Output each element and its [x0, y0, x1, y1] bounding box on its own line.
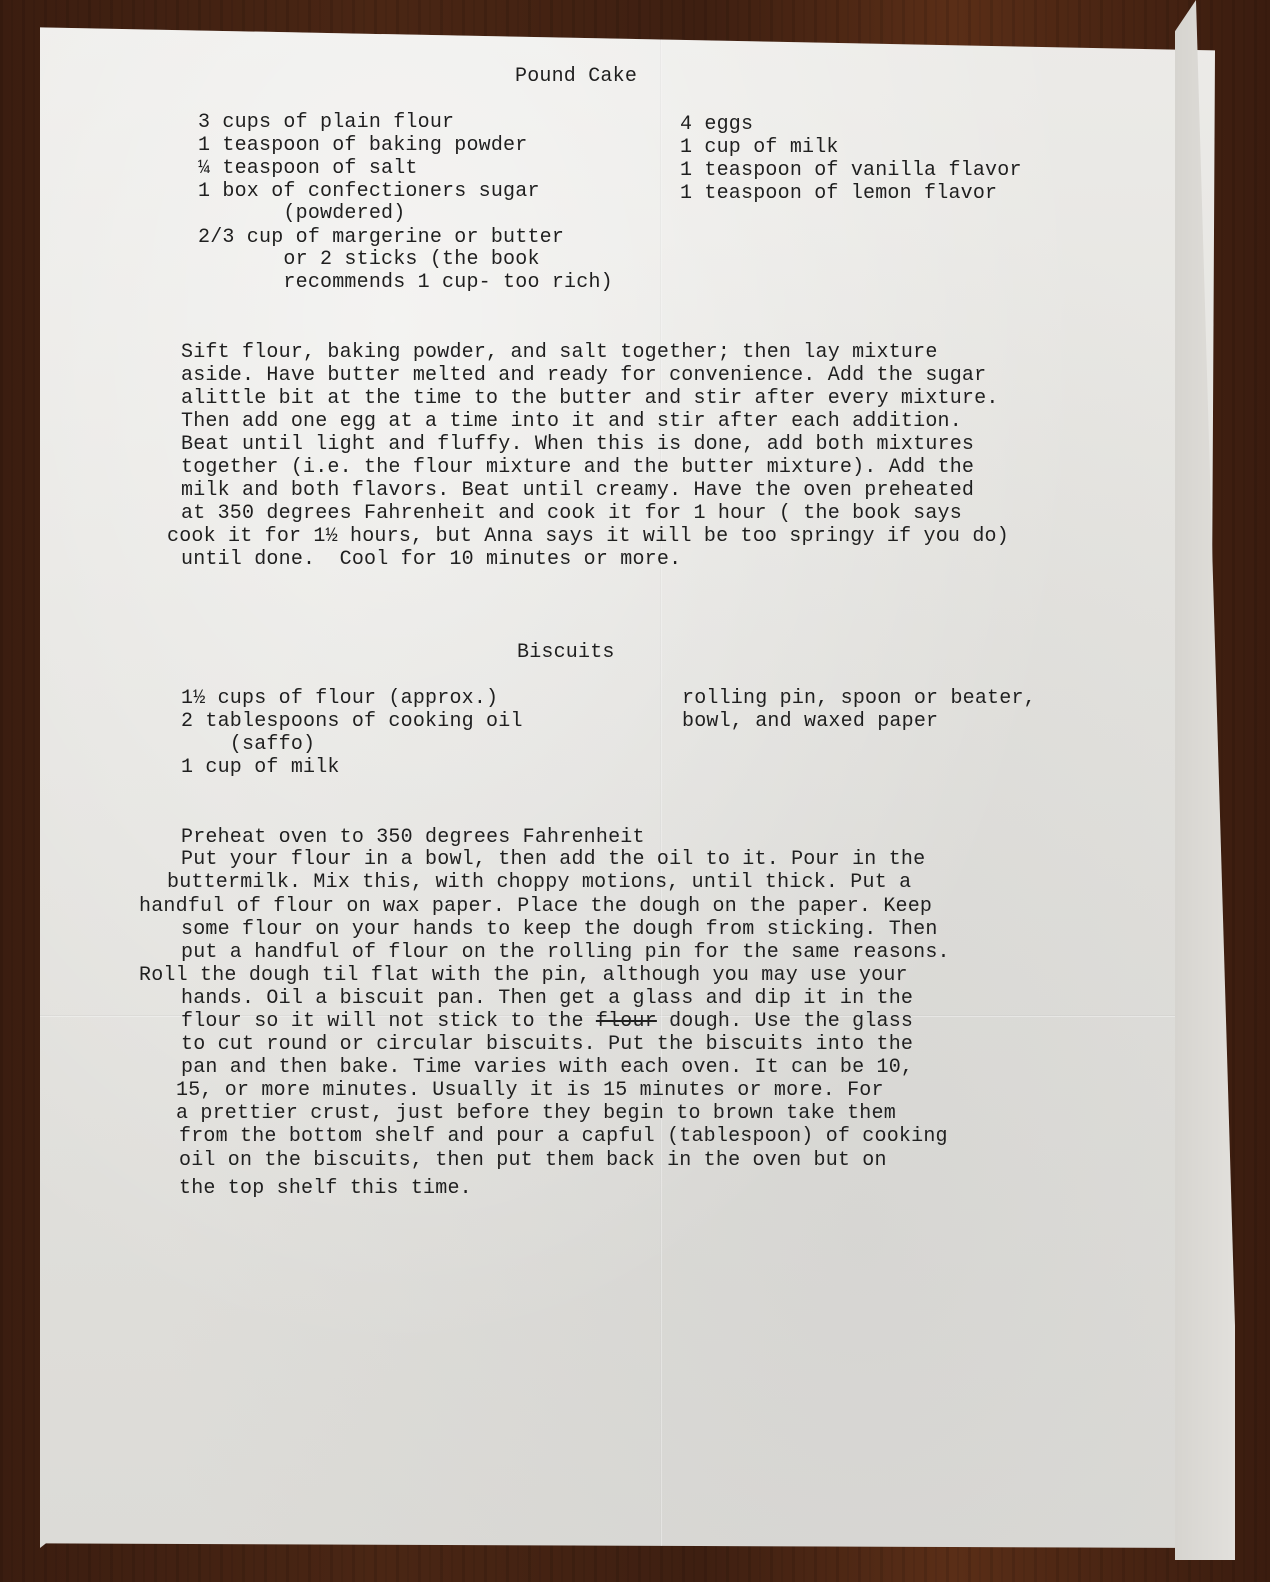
pound-cake-title: Pound Cake — [515, 66, 637, 89]
direction-line: together (i.e. the flour mixture and the… — [181, 457, 974, 480]
ingredient-line: ¼ teaspoon of salt — [198, 158, 418, 181]
struck-out-word: flour — [596, 1010, 657, 1033]
direction-line: to cut round or circular biscuits. Put t… — [181, 1034, 913, 1057]
direction-line: a prettier crust, just before they begin… — [176, 1103, 896, 1126]
ingredient-line: 1 teaspoon of vanilla flavor — [680, 160, 1022, 183]
ingredient-line: 1 box of confectioners sugar — [198, 181, 540, 204]
ingredient-line: or 2 sticks (the book — [198, 249, 540, 272]
direction-text: dough. Use the glass — [657, 1010, 913, 1033]
equipment-line: rolling pin, spoon or beater, — [682, 688, 1036, 711]
biscuits-title: Biscuits — [517, 642, 615, 665]
direction-line: until done. Cool for 10 minutes or more. — [181, 549, 681, 572]
direction-line: hands. Oil a biscuit pan. Then get a gla… — [181, 988, 913, 1011]
direction-line: 15, or more minutes. Usually it is 15 mi… — [176, 1080, 884, 1103]
ingredient-line: 3 cups of plain flour — [198, 112, 454, 135]
ingredient-line: 2 tablespoons of cooking oil — [181, 711, 523, 734]
equipment-line: bowl, and waxed paper — [682, 711, 938, 734]
direction-line: aside. Have butter melted and ready for … — [181, 365, 986, 388]
direction-line: Preheat oven to 350 degrees Fahrenheit — [181, 827, 645, 850]
direction-line-with-strikeout: flour so it will not stick to the flour … — [181, 1011, 913, 1034]
direction-line: from the bottom shelf and pour a capful … — [179, 1126, 948, 1149]
direction-line: handful of flour on wax paper. Place the… — [139, 896, 932, 919]
direction-line: put a handful of flour on the rolling pi… — [181, 942, 950, 965]
ingredient-line: (powdered) — [198, 203, 405, 226]
direction-line: milk and both flavors. Beat until creamy… — [181, 480, 974, 503]
ingredient-line: 1 teaspoon of lemon flavor — [680, 183, 997, 206]
ingredient-line: (saffo) — [181, 734, 315, 757]
direction-line: some flour on your hands to keep the dou… — [181, 919, 938, 942]
direction-line: oil on the biscuits, then put them back … — [179, 1150, 887, 1173]
direction-line: alittle bit at the time to the butter an… — [181, 388, 999, 411]
direction-text: flour so it will not stick to the — [181, 1010, 596, 1033]
ingredient-line: 1 cup of milk — [181, 757, 340, 780]
direction-line: Sift flour, baking powder, and salt toge… — [181, 342, 938, 365]
direction-line: Put your flour in a bowl, then add the o… — [181, 849, 925, 872]
ingredient-line: 1 cup of milk — [680, 137, 839, 160]
ingredient-line: 1½ cups of flour (approx.) — [181, 688, 498, 711]
direction-line: Then add one egg at a time into it and s… — [181, 411, 962, 434]
ingredient-line: 2/3 cup of margerine or butter — [198, 227, 564, 250]
direction-line: buttermilk. Mix this, with choppy motion… — [167, 872, 911, 895]
direction-line: Beat until light and fluffy. When this i… — [181, 434, 974, 457]
direction-line: the top shelf this time. — [179, 1178, 472, 1201]
ingredient-line: recommends 1 cup- too rich) — [198, 272, 613, 295]
paper-fold-crease-vertical — [660, 12, 662, 1548]
ingredient-line: 4 eggs — [680, 114, 753, 137]
ingredient-line: 1 teaspoon of baking powder — [198, 135, 527, 158]
direction-line: Roll the dough til flat with the pin, al… — [139, 965, 908, 988]
direction-line: pan and then bake. Time varies with each… — [181, 1057, 913, 1080]
direction-line: at 350 degrees Fahrenheit and cook it fo… — [181, 503, 962, 526]
direction-line: cook it for 1½ hours, but Anna says it w… — [167, 526, 1009, 549]
